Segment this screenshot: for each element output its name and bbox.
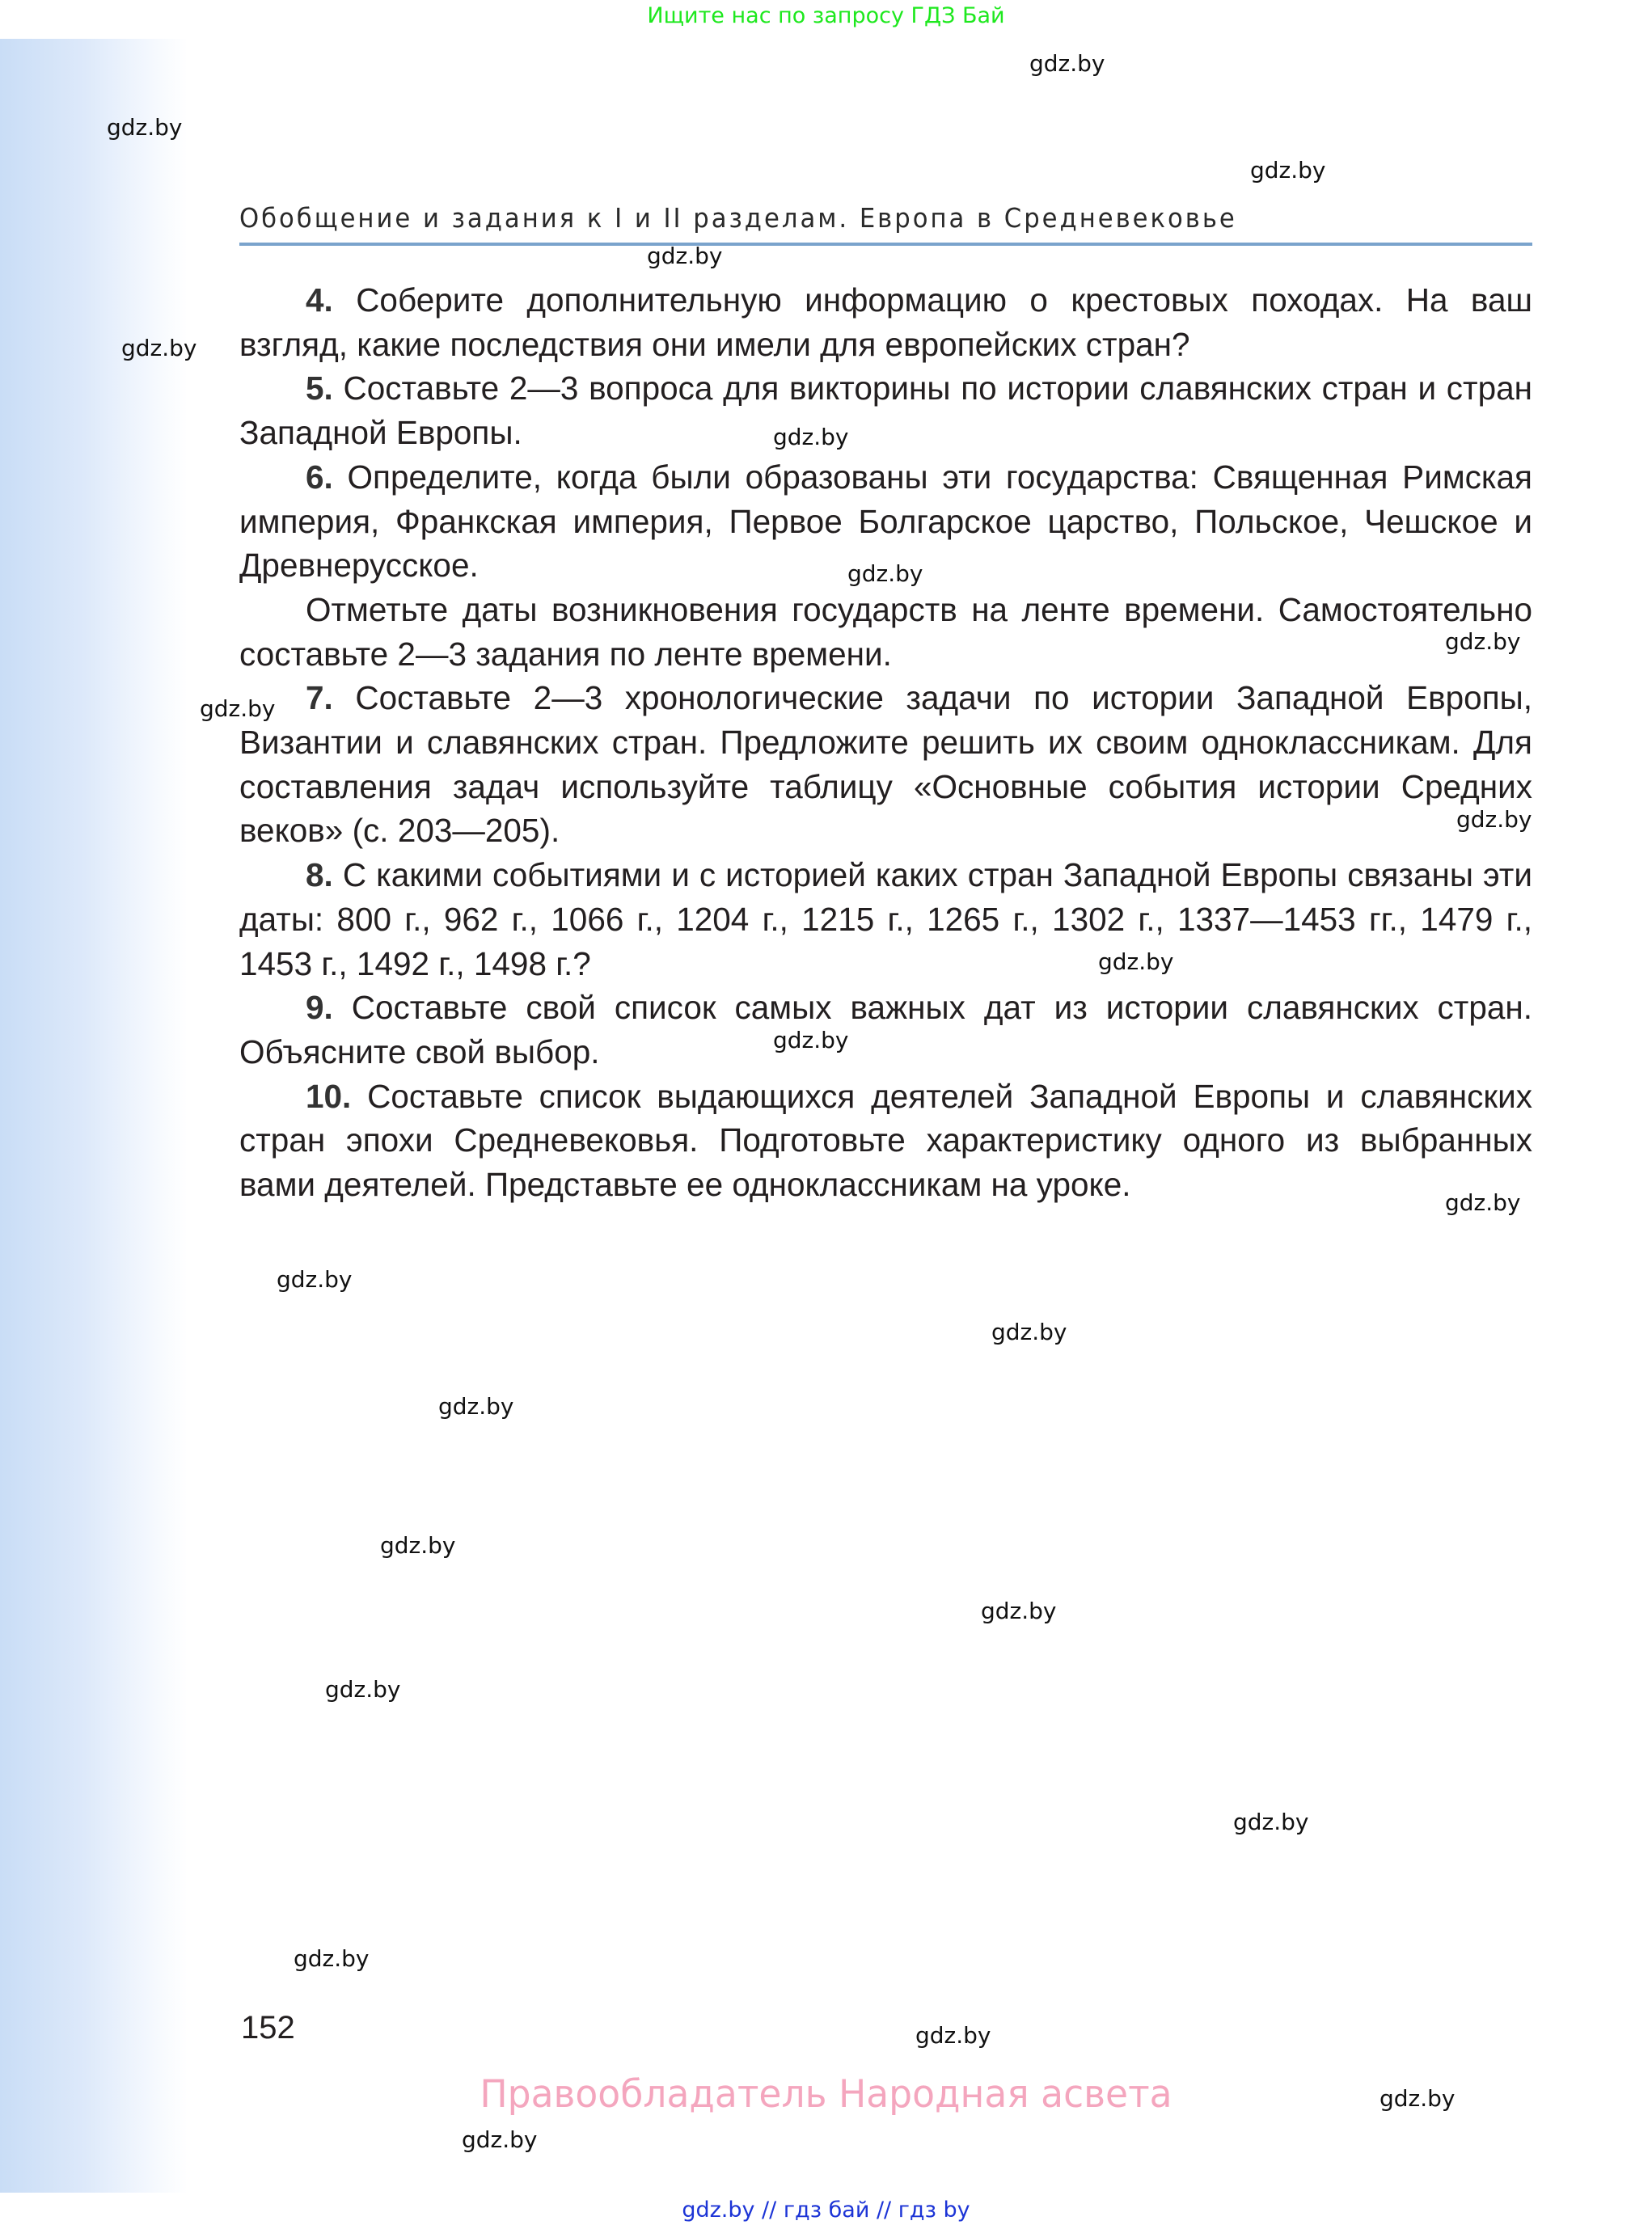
page-side-band <box>0 39 188 2193</box>
task-text: Составьте 2—3 вопроса для викторины по и… <box>239 369 1532 451</box>
rights-holder-notice: Правообладатель Народная асвета <box>25 2072 1628 2117</box>
task-number: 8. <box>306 856 333 893</box>
task-9: 9. Составьте свой список самых важных да… <box>239 986 1532 1074</box>
task-text: Составьте список выдающихся деятелей Зап… <box>239 1078 1532 1203</box>
task-text: Соберите дополнительную информацию о кре… <box>239 281 1532 363</box>
watermark: gdz.by <box>277 1266 353 1293</box>
task-number: 9. <box>306 989 333 1026</box>
watermark: gdz.by <box>325 1676 401 1703</box>
watermark: gdz.by <box>773 1027 849 1053</box>
watermark: gdz.by <box>1233 1809 1309 1835</box>
watermark: gdz.by <box>1456 806 1532 833</box>
watermark: gdz.by <box>294 1945 370 1972</box>
watermark: gdz.by <box>121 335 197 361</box>
task-text: Отметьте даты возникновения государств н… <box>239 591 1532 673</box>
task-8: 8. С какими событиями и с историей каких… <box>239 853 1532 986</box>
task-text: Составьте свой список самых важных дат и… <box>239 989 1532 1070</box>
watermark: gdz.by <box>991 1319 1067 1345</box>
task-10: 10. Составьте список выдающихся деятелей… <box>239 1075 1532 1207</box>
task-list: 4. Соберите дополнительную информацию о … <box>239 278 1532 1207</box>
watermark: gdz.by <box>438 1393 514 1420</box>
search-banner: Ищите нас по запросу ГДЗ Бай <box>0 3 1652 28</box>
watermark: gdz.by <box>200 695 276 722</box>
task-number: 7. <box>306 679 333 716</box>
watermark: gdz.by <box>1098 948 1174 975</box>
watermark: gdz.by <box>380 1532 456 1559</box>
task-number: 5. <box>306 369 333 407</box>
watermark: gdz.by <box>647 243 723 269</box>
watermark: gdz.by <box>847 560 923 587</box>
footer-site-link[interactable]: gdz.by // гдз бай // гдз by <box>0 2198 1652 2223</box>
task-7: 7. Составьте 2—3 хронологические задачи … <box>239 676 1532 853</box>
task-number: 10. <box>306 1078 351 1115</box>
task-text: Составьте 2—3 хронологические задачи по … <box>239 679 1532 849</box>
watermark: gdz.by <box>773 424 849 450</box>
task-number: 4. <box>306 281 333 319</box>
watermark: gdz.by <box>462 2126 538 2153</box>
task-number: 6. <box>306 458 333 496</box>
watermark: gdz.by <box>915 2022 991 2049</box>
watermark: gdz.by <box>107 114 183 141</box>
task-4: 4. Соберите дополнительную информацию о … <box>239 278 1532 366</box>
task-text: С какими событиями и с историей каких ст… <box>239 856 1532 982</box>
running-head: Обобщение и задания к I и II разделам. Е… <box>239 202 1443 234</box>
watermark: gdz.by <box>1445 1189 1521 1216</box>
page-number: 152 <box>241 2010 295 2046</box>
header-rule <box>239 243 1532 246</box>
watermark: gdz.by <box>1445 628 1521 655</box>
task-5: 5. Составьте 2—3 вопроса для викторины п… <box>239 366 1532 454</box>
watermark: gdz.by <box>981 1598 1057 1624</box>
watermark: gdz.by <box>1029 50 1105 77</box>
task-6-continued: Отметьте даты возникновения государств н… <box>239 588 1532 676</box>
watermark: gdz.by <box>1250 157 1326 184</box>
